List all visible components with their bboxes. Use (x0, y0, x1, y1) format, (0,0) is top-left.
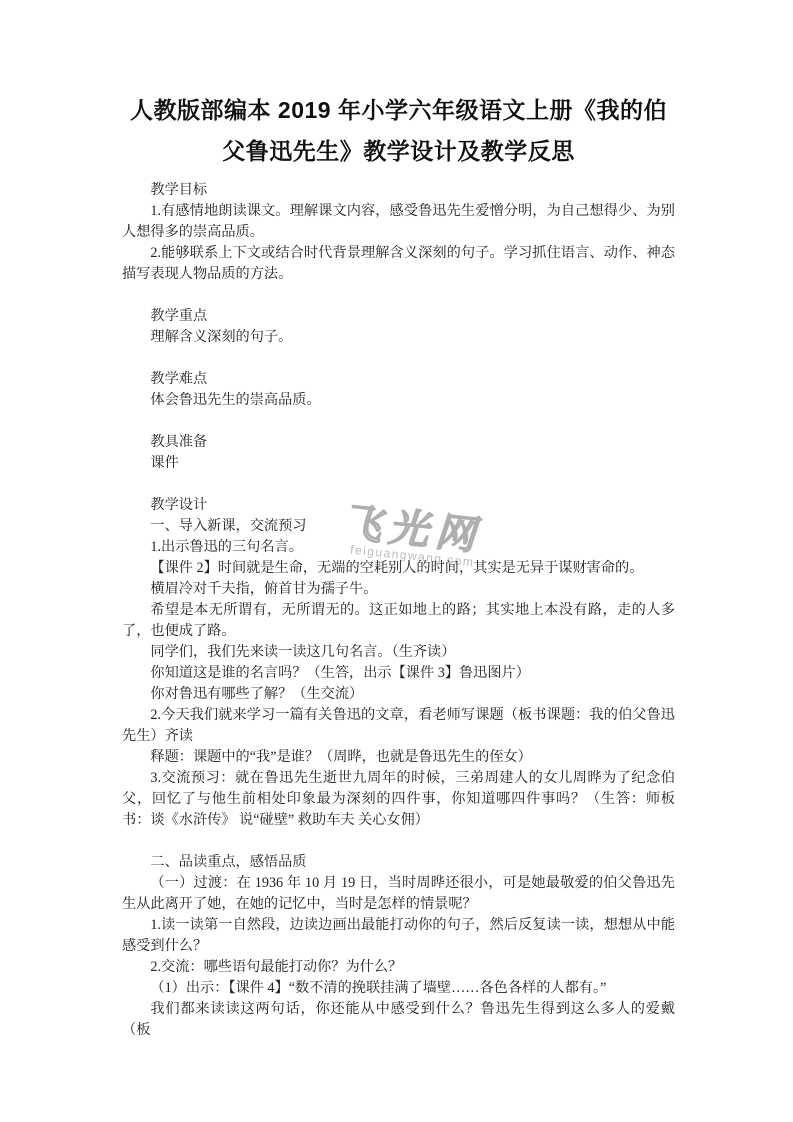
paragraph: 2.交流：哪些语句最能打动你？为什么？ (122, 957, 675, 978)
paragraph: 你对鲁迅有哪些了解？（生交流） (122, 684, 675, 705)
section: 教学难点体会鲁迅先生的崇高品质。 (122, 369, 675, 411)
paragraph: （1）出示：【课件 4】“数不清的挽联挂满了墙壁……各色各样的人都有。” (122, 978, 675, 999)
paragraph: 二、品读重点，感悟品质 (122, 852, 675, 873)
paragraph: 3.交流预习：就在鲁迅先生逝世九周年的时候，三弟周建人的女儿周晔为了纪念伯父，回… (122, 768, 675, 831)
paragraph: 释题：课题中的“我”是谁？（周晔，也就是鲁迅先生的侄女） (122, 747, 675, 768)
paragraph: 我们都来读读这两句话，你还能从中感受到什么？鲁迅先生得到这么多人的爱戴（板 (122, 999, 675, 1041)
paragraph: 课件 (122, 453, 675, 474)
paragraph: 2.今天我们就来学习一篇有关鲁迅的文章，看老师写课题（板书课题：我的伯父鲁迅先生… (122, 705, 675, 747)
paragraph: 同学们，我们先来读一读这几句名言。（生齐读） (122, 642, 675, 663)
document-title: 人教版部编本 2019 年小学六年级语文上册《我的伯父鲁迅先生》教学设计及教学反… (122, 90, 675, 172)
section: 教具准备课件 (122, 432, 675, 474)
paragraph: 你知道这是谁的名言吗？（生答，出示【课件 3】鲁迅图片） (122, 663, 675, 684)
document-body: 教学目标1.有感情地朗读课文。理解课文内容，感受鲁迅先生爱憎分明，为自己想得少、… (122, 180, 675, 1041)
paragraph: 教学设计 (122, 495, 675, 516)
section: 二、品读重点，感悟品质（一）过渡：在 1936 年 10 月 19 日，当时周晔… (122, 852, 675, 1041)
document-content: 人教版部编本 2019 年小学六年级语文上册《我的伯父鲁迅先生》教学设计及教学反… (122, 90, 675, 1041)
paragraph: 教学重点 (122, 306, 675, 327)
paragraph: 一、导入新课，交流预习 (122, 516, 675, 537)
paragraph: 希望是本无所谓有，无所谓无的。这正如地上的路；其实地上本没有路，走的人多了，也便… (122, 600, 675, 642)
paragraph: 教学目标 (122, 180, 675, 201)
document-page: 飞光网 feiguangwang.com 人教版部编本 2019 年小学六年级语… (0, 0, 793, 1122)
section: 教学目标1.有感情地朗读课文。理解课文内容，感受鲁迅先生爱憎分明，为自己想得少、… (122, 180, 675, 285)
paragraph: 教学难点 (122, 369, 675, 390)
paragraph: 理解含义深刻的句子。 (122, 327, 675, 348)
section: 教学设计一、导入新课，交流预习1.出示鲁迅的三句名言。【课件 2】时间就是生命，… (122, 495, 675, 831)
paragraph: （一）过渡：在 1936 年 10 月 19 日，当时周晔还很小，可是她最敬爱的… (122, 873, 675, 915)
paragraph: 1.出示鲁迅的三句名言。 (122, 537, 675, 558)
paragraph: 体会鲁迅先生的崇高品质。 (122, 390, 675, 411)
paragraph: 教具准备 (122, 432, 675, 453)
paragraph: 横眉冷对千夫指，俯首甘为孺子牛。 (122, 579, 675, 600)
section: 教学重点理解含义深刻的句子。 (122, 306, 675, 348)
paragraph: 【课件 2】时间就是生命，无端的空耗别人的时间，其实是无异于谋财害命的。 (122, 558, 675, 579)
paragraph: 2.能够联系上下文或结合时代背景理解含义深刻的句子。学习抓住语言、动作、神态描写… (122, 243, 675, 285)
paragraph: 1.有感情地朗读课文。理解课文内容，感受鲁迅先生爱憎分明，为自己想得少、为别人想… (122, 201, 675, 243)
paragraph: 1.读一读第一自然段，边读边画出最能打动你的句子，然后反复读一读，想想从中能感受… (122, 915, 675, 957)
